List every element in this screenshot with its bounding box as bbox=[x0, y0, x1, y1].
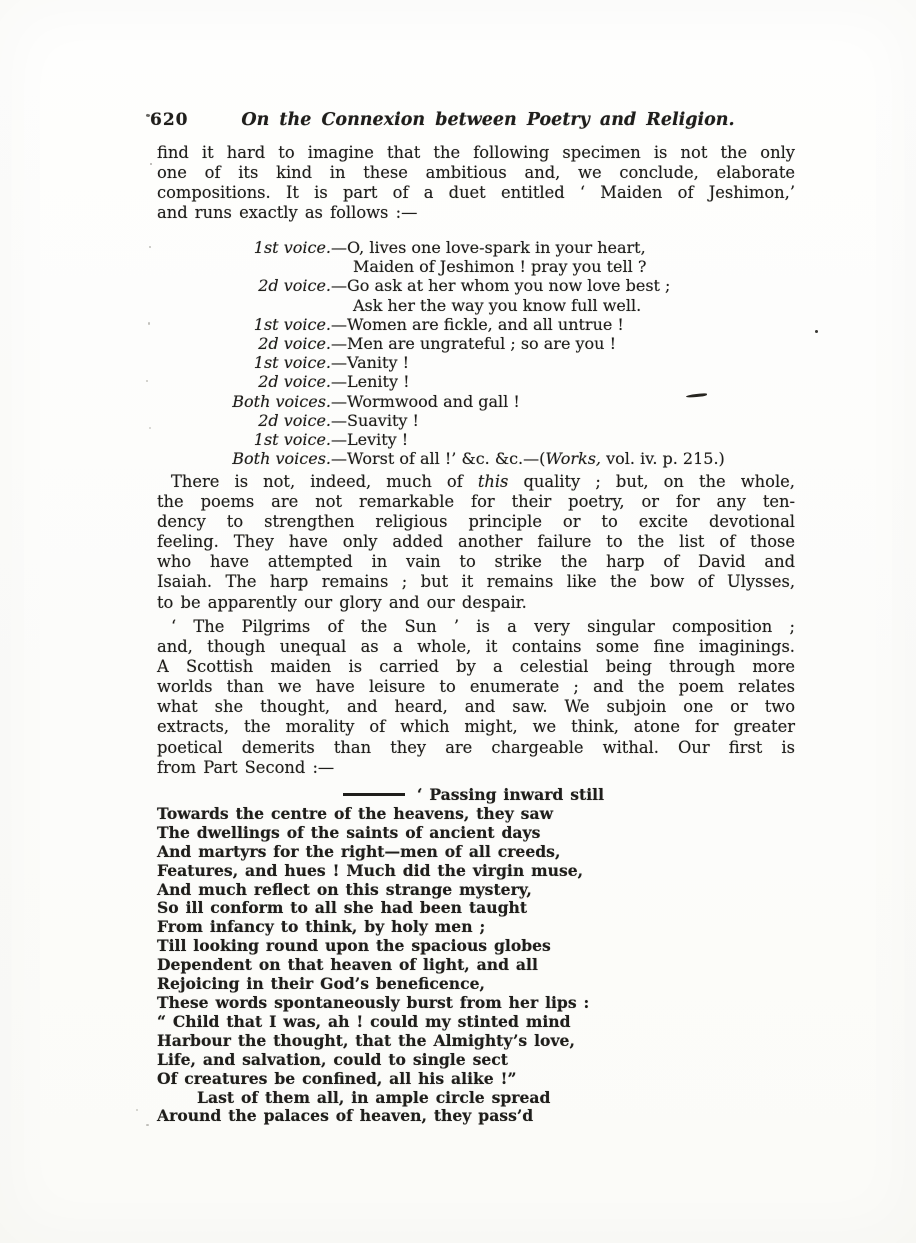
voice-label: 1st voice.— bbox=[157, 315, 347, 334]
text-line: worlds than we have leisure to enumerate… bbox=[157, 677, 795, 697]
poem-line: Dependent on that heaven of light, and a… bbox=[157, 956, 795, 975]
verse-text: Men are ungrateful ; so are you ! bbox=[347, 334, 616, 353]
text-line: feeling. They have only added another fa… bbox=[157, 532, 795, 552]
poem-line: These words spontaneously burst from her… bbox=[157, 994, 795, 1013]
verse-line: 2d voice.—Suavity ! bbox=[157, 411, 795, 430]
poem-line: Rejoicing in their God’s beneficence, bbox=[157, 975, 795, 994]
verse-line: 1st voice.—Vanity ! bbox=[157, 353, 795, 372]
verse-text: Vanity ! bbox=[347, 353, 409, 372]
printers-rule bbox=[343, 793, 405, 796]
text-line: Isaiah. The harp remains ; but it remain… bbox=[157, 572, 795, 592]
voice-label: 2d voice.— bbox=[157, 276, 347, 295]
assessment-paragraph: There is not, indeed, much of this quali… bbox=[157, 472, 795, 613]
scanned-book-page: 620 On the Connexion between Poetry and … bbox=[0, 0, 916, 1243]
poem-line: And martyrs for the right—men of all cre… bbox=[157, 843, 795, 862]
poem-line: Of creatures be confined, all his alike … bbox=[157, 1070, 795, 1089]
poem-line: Till looking round upon the spacious glo… bbox=[157, 937, 795, 956]
verse-text: Ask her the way you know full well. bbox=[353, 296, 641, 315]
scan-artifact-speck bbox=[150, 163, 152, 165]
text-line: dency to strengthen religious principle … bbox=[157, 512, 795, 532]
text-line: one of its kind in these ambitious and, … bbox=[157, 163, 795, 183]
verse-text: Lenity ! bbox=[347, 372, 410, 391]
verse-text: Wormwood and gall ! bbox=[347, 392, 520, 411]
text-line: who have attempted in vain to strike the… bbox=[157, 552, 795, 572]
verse-line: Both voices.—Wormwood and gall ! bbox=[157, 392, 795, 411]
verse-line: 1st voice.—O, lives one love-spark in yo… bbox=[157, 238, 795, 257]
running-title: On the Connexion between Poetry and Reli… bbox=[169, 110, 807, 130]
voice-label: 1st voice.— bbox=[157, 238, 347, 257]
verse-line: 1st voice.—Levity ! bbox=[157, 430, 795, 449]
voice-label: 1st voice.— bbox=[157, 353, 347, 372]
scan-artifact-speck bbox=[146, 380, 148, 382]
poem-line: So ill conform to all she had been taugh… bbox=[157, 899, 795, 918]
verse-line: Maiden of Jeshimon ! pray you tell ? bbox=[157, 257, 795, 276]
scan-artifact-speck bbox=[149, 246, 151, 248]
verse-line: 1st voice.—Women are fickle, and all unt… bbox=[157, 315, 795, 334]
verse-line: Ask her the way you know full well. bbox=[157, 296, 795, 315]
poem-line: The dwellings of the saints of ancient d… bbox=[157, 824, 795, 843]
poem-line: From infancy to think, by holy men ; bbox=[157, 918, 795, 937]
text-line: what she thought, and heard, and saw. We… bbox=[157, 697, 795, 717]
text-line: to be apparently our glory and our despa… bbox=[157, 593, 795, 613]
poem-text: ‘ Passing inward still bbox=[417, 785, 604, 804]
scan-artifact-speck bbox=[136, 1109, 138, 1111]
verse-text: Maiden of Jeshimon ! pray you tell ? bbox=[353, 257, 646, 276]
text-line: the poems are not remarkable for their p… bbox=[157, 492, 795, 512]
poem-line: Harbour the thought, that the Almighty’s… bbox=[157, 1032, 795, 1051]
scan-artifact-speck bbox=[148, 322, 150, 325]
text-line: ‘ The Pilgrims of the Sun ’ is a very si… bbox=[157, 617, 795, 637]
scan-artifact-speck bbox=[146, 1124, 149, 1126]
text-line: from Part Second :— bbox=[157, 758, 795, 778]
voice-label: 2d voice.— bbox=[157, 411, 347, 430]
text-line: and runs exactly as follows :— bbox=[157, 203, 795, 223]
verse-text: Levity ! bbox=[347, 430, 408, 449]
verse-text: Women are fickle, and all untrue ! bbox=[347, 315, 624, 334]
voice-label: 2d voice.— bbox=[157, 334, 347, 353]
verse-text: Go ask at her whom you now love best ; bbox=[347, 276, 670, 295]
poem-line: Last of them all, in ample circle spread bbox=[157, 1089, 795, 1108]
poem-line: And much reflect on this strange mystery… bbox=[157, 881, 795, 900]
verse-text: Suavity ! bbox=[347, 411, 419, 430]
text-line: A Scottish maiden is carried by a celest… bbox=[157, 657, 795, 677]
intro-paragraph: find it hard to imagine that the followi… bbox=[157, 143, 795, 223]
text-line: extracts, the morality of which might, w… bbox=[157, 717, 795, 737]
verse-text: O, lives one love-spark in your heart, bbox=[347, 238, 646, 257]
voice-label: 2d voice.— bbox=[157, 372, 347, 391]
text-line: find it hard to imagine that the followi… bbox=[157, 143, 795, 163]
voice-label: Both voices.— bbox=[157, 392, 347, 411]
verse-line: 2d voice.—Men are ungrateful ; so are yo… bbox=[157, 334, 795, 353]
verse-line: 2d voice.—Go ask at her whom you now lov… bbox=[157, 276, 795, 295]
duet-extract: 1st voice.—O, lives one love-spark in yo… bbox=[157, 238, 795, 468]
pilgrims-paragraph: ‘ The Pilgrims of the Sun ’ is a very si… bbox=[157, 617, 795, 778]
verse-text: Worst of all !’ &c. &c.—(Works, vol. iv.… bbox=[347, 449, 725, 468]
verse-line: 2d voice.—Lenity ! bbox=[157, 372, 795, 391]
voice-label: 1st voice.— bbox=[157, 430, 347, 449]
text-line: poetical demerits than they are chargeab… bbox=[157, 738, 795, 758]
poem-line: Towards the centre of the heavens, they … bbox=[157, 805, 795, 824]
voice-label: Both voices.— bbox=[157, 449, 347, 468]
text-line: and, though unequal as a whole, it conta… bbox=[157, 637, 795, 657]
scan-artifact-dot bbox=[815, 330, 818, 333]
poem-line: “ Child that I was, ah ! could my stinte… bbox=[157, 1013, 795, 1032]
poem-line: Around the palaces of heaven, they pass’… bbox=[157, 1107, 795, 1126]
poem-line: Life, and salvation, could to single sec… bbox=[157, 1051, 795, 1070]
text-line: compositions. It is part of a duet entit… bbox=[157, 183, 795, 203]
verse-line: Both voices.—Worst of all !’ &c. &c.—(Wo… bbox=[157, 449, 795, 468]
running-head: 620 On the Connexion between Poetry and … bbox=[157, 110, 795, 134]
text-line: There is not, indeed, much of this quali… bbox=[157, 472, 795, 492]
poem-line: ‘ Passing inward still bbox=[157, 786, 795, 805]
poem-line: Features, and hues ! Much did the virgin… bbox=[157, 862, 795, 881]
poem-extract: ‘ Passing inward stillTowards the centre… bbox=[157, 786, 795, 1126]
scan-artifact-speck bbox=[149, 427, 151, 429]
